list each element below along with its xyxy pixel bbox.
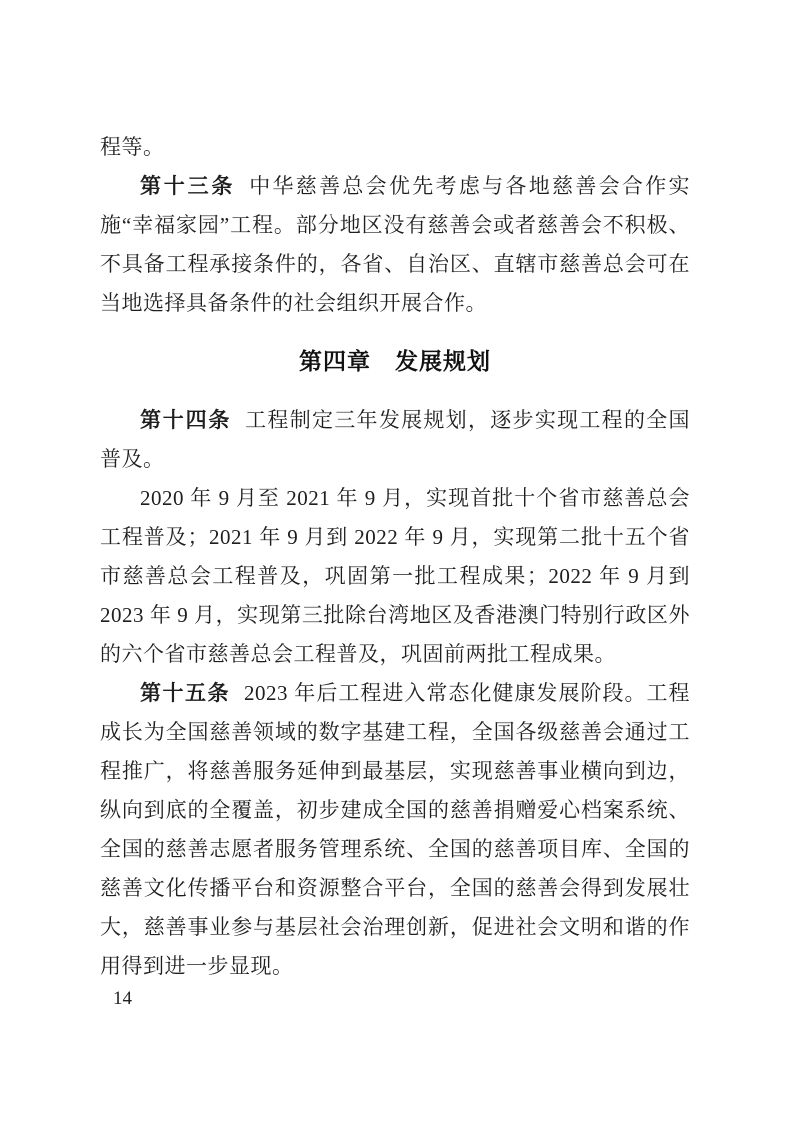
page-number: 14 <box>113 986 132 1012</box>
paragraph-article-14: 第十四条工程制定三年发展规划，逐步实现工程的全国普及。 <box>100 401 690 479</box>
article-14-label: 第十四条 <box>140 409 231 432</box>
paragraph-article-13: 第十三条中华慈善总会优先考虑与各地慈善会合作实施“幸福家园”工程。部分地区没有慈… <box>100 167 690 323</box>
article-15-label: 第十五条 <box>140 682 230 705</box>
document-body: 程等。 第十三条中华慈善总会优先考虑与各地慈善会合作实施“幸福家园”工程。部分地… <box>100 128 690 986</box>
document-page: 程等。 第十三条中华慈善总会优先考虑与各地慈善会合作实施“幸福家园”工程。部分地… <box>0 0 794 1123</box>
plan-schedule-text: 2020 年 9 月至 2021 年 9 月，实现首批十个省市慈善总会工程普及；… <box>100 486 690 666</box>
paragraph-article-15: 第十五条2023 年后工程进入常态化健康发展阶段。工程成长为全国慈善领域的数字基… <box>100 674 690 986</box>
article-15-text: 2023 年后工程进入常态化健康发展阶段。工程成长为全国慈善领域的数字基建工程，… <box>100 681 690 978</box>
paragraph-continuation: 程等。 <box>100 128 690 167</box>
paragraph-text: 程等。 <box>100 135 165 159</box>
chapter-heading: 第四章 发展规划 <box>100 342 690 381</box>
article-13-label: 第十三条 <box>140 175 235 198</box>
paragraph-plan-schedule: 2020 年 9 月至 2021 年 9 月，实现首批十个省市慈善总会工程普及；… <box>100 479 690 674</box>
